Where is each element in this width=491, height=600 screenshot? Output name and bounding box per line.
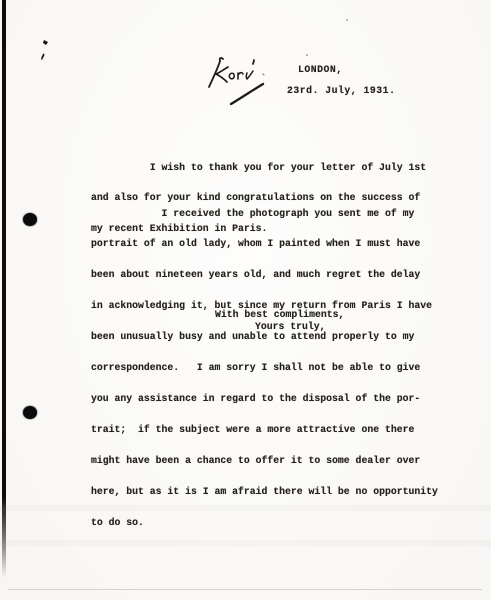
scan-edge-left bbox=[2, 0, 6, 578]
paragraph-2-line: been about nineteen years old, and much … bbox=[91, 270, 438, 280]
scan-streak bbox=[0, 505, 491, 511]
scan-speck bbox=[346, 19, 348, 21]
paragraph-2-line: here, but as it is I am afraid there wil… bbox=[91, 487, 438, 497]
scan-streak bbox=[0, 540, 491, 546]
handwritten-annotation bbox=[195, 48, 275, 114]
hole-punch-top bbox=[23, 213, 37, 226]
paragraph-2-line: I received the photograph you sent me of… bbox=[91, 209, 438, 219]
paragraph-2-line: trait; if the subject were a more attrac… bbox=[91, 425, 438, 435]
paragraph-2-line: you any assistance in regard to the disp… bbox=[91, 394, 438, 404]
paragraph-2-line: might have been a chance to offer it to … bbox=[91, 456, 438, 466]
letter-paragraph-2: I received the photograph you sent me of… bbox=[91, 188, 438, 548]
letter-date: 23rd. July, 1931. bbox=[287, 86, 395, 96]
paragraph-2-line: to do so. bbox=[91, 518, 438, 528]
paragraph-2-line: correspondence. I am sorry I shall not b… bbox=[91, 363, 438, 373]
paragraph-2-line: been unusually busy and unable to attend… bbox=[91, 332, 438, 342]
scan-edge-bottom bbox=[8, 589, 482, 590]
paragraph-2-line: portrait of an old lady, whom I painted … bbox=[91, 239, 438, 249]
closing-compliments: With best compliments, bbox=[215, 310, 344, 320]
paragraph-1-line: I wish to thank you for your letter of J… bbox=[91, 163, 426, 173]
hole-punch-bottom bbox=[23, 406, 37, 419]
letter-page: LONDON, 23rd. July, 1931. I wish to than… bbox=[0, 0, 491, 600]
letter-city: LONDON, bbox=[298, 65, 343, 75]
ink-smudge-marks bbox=[38, 36, 58, 66]
closing-signoff: Yours truly, bbox=[255, 322, 326, 332]
scan-speck bbox=[306, 54, 308, 56]
